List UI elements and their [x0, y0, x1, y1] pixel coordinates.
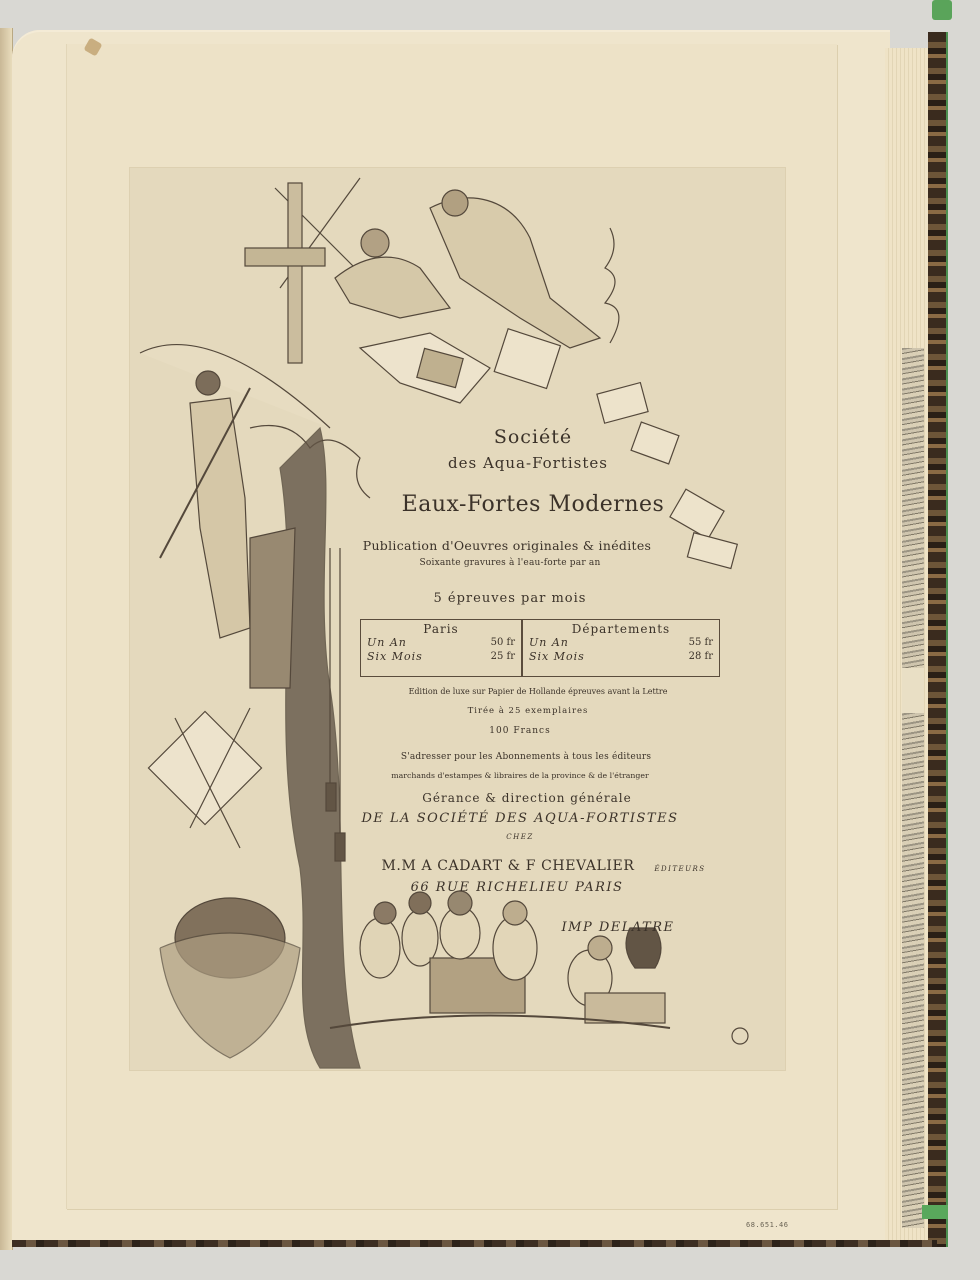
cloth-corner-bottom [922, 1205, 948, 1219]
street-address: 66 Rue Richelieu Paris [402, 880, 632, 895]
strip-gap [902, 668, 924, 713]
publishers-role: éditeurs [650, 865, 710, 873]
luxe-price: 100 Francs [470, 726, 570, 736]
gerance-sub: de la Société des Aqua-Fortistes [360, 811, 680, 826]
chez-label: chez [500, 833, 540, 841]
price-value: 50 fr [491, 636, 515, 650]
cloth-corner-top [932, 0, 952, 20]
price-row: Six Mois 28 fr [523, 650, 719, 664]
frequency-line: Soixante gravures à l'eau-forte par an [390, 558, 630, 568]
price-label: Un An [529, 636, 569, 650]
price-row: Un An 55 fr [523, 636, 719, 650]
accession-number: 68.651.46 [746, 1221, 788, 1229]
publishers-line: M.M A Cadart & F Chevalier [358, 858, 658, 874]
society-label: Société [473, 426, 593, 448]
adjacent-print-strip [902, 348, 924, 1228]
monthly-line: 5 épreuves par mois [420, 591, 600, 606]
etched-plate: Société des Aqua-Fortistes Eaux-Fortes M… [130, 168, 785, 1070]
price-value: 28 fr [689, 650, 713, 664]
bottom-binding-edge [12, 1240, 937, 1247]
price-value: 55 fr [689, 636, 713, 650]
price-box-departements: Départements Un An 55 fr Six Mois 28 fr [522, 619, 720, 677]
main-title: Eaux-Fortes Modernes [395, 492, 671, 517]
departements-header: Départements [523, 622, 719, 636]
subtitle: Publication d'Oeuvres originales & inédi… [337, 538, 677, 553]
price-row: Six Mois 25 fr [361, 650, 521, 664]
price-label: Un An [367, 636, 407, 650]
tirage-line: Tirée à 25 exemplaires [448, 706, 608, 716]
address-line-2: marchands d'estampes & libraires de la p… [330, 771, 710, 780]
price-value: 25 fr [491, 650, 515, 664]
marbled-cover-edge [928, 32, 948, 1247]
paris-header: Paris [361, 622, 521, 636]
price-box-paris: Paris Un An 50 fr Six Mois 25 fr [360, 619, 522, 677]
address-line-1: S'adresser pour les Abonnements à tous l… [346, 752, 706, 762]
luxe-edition-line: Edition de luxe sur Papier de Hollande é… [358, 687, 718, 696]
society-name: des Aqua-Fortistes [413, 454, 643, 472]
price-row: Un An 50 fr [361, 636, 521, 650]
gerance-line: Gérance & direction générale [382, 791, 672, 805]
price-label: Six Mois [367, 650, 423, 664]
price-label: Six Mois [529, 650, 585, 664]
printer-credit: Imp Delatre [558, 920, 678, 935]
